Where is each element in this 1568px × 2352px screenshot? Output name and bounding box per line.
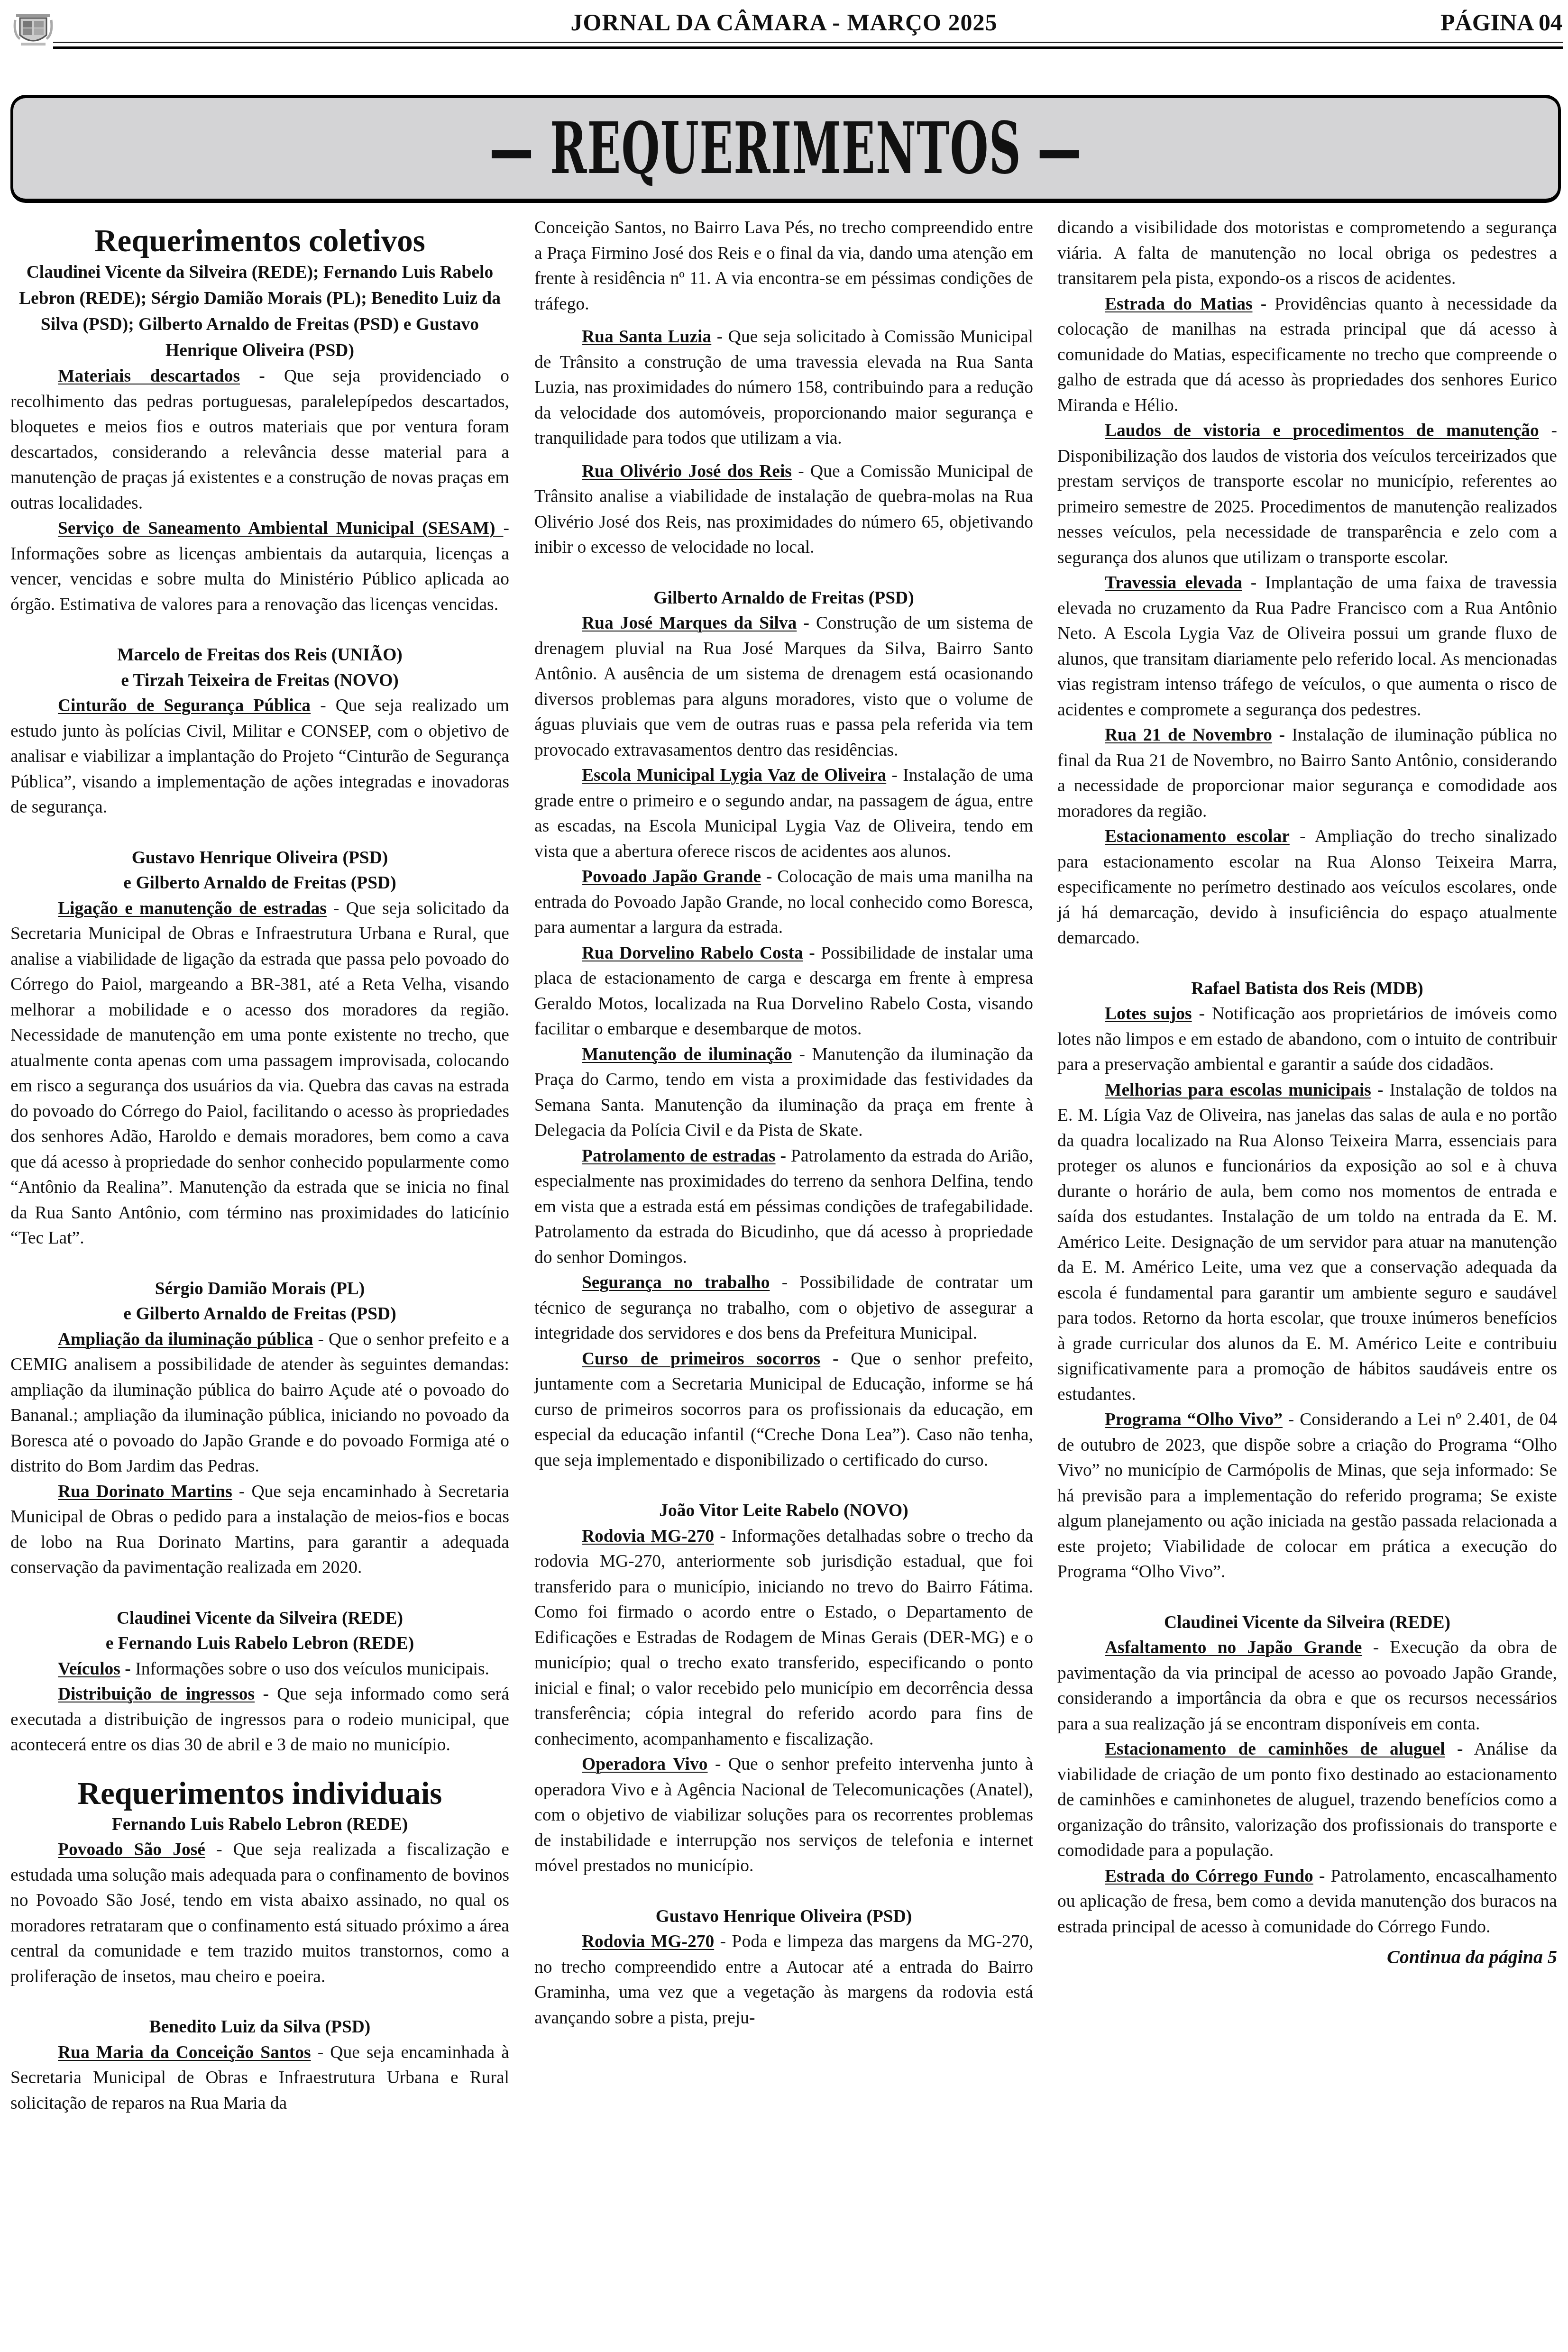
column-2: Conceição Santos, no Bairro Lava Pés, no… xyxy=(534,215,1033,2031)
header-rule xyxy=(53,42,1563,49)
author-heading: Claudinei Vicente da Silveira (REDE) xyxy=(10,1606,509,1631)
author-heading: Marcelo de Freitas dos Reis (UNIÃO) xyxy=(10,642,509,668)
newspaper-page: JORNAL DA CÂMARA - MARÇO 2025 PÁGINA 04 … xyxy=(0,0,1568,2352)
request-item: Ampliação da iluminação pública - Que o … xyxy=(10,1327,509,1479)
request-topic: Estacionamento escolar xyxy=(1105,827,1290,846)
author-heading: Rafael Batista dos Reis (MDB) xyxy=(1057,976,1557,1002)
request-item: Rua Olivério José dos Reis - Que a Comis… xyxy=(534,459,1033,560)
request-item: Povoado Japão Grande - Colocação de mais… xyxy=(534,864,1033,941)
section-banner: — REQUERIMENTOS — xyxy=(10,95,1561,203)
request-topic: Estrada do Matias xyxy=(1105,294,1252,314)
request-topic: Rodovia MG-270 xyxy=(582,1932,714,1951)
request-item: Curso de primeiros socorros - Que o senh… xyxy=(534,1346,1033,1473)
continued-text: Conceição Santos, no Bairro Lava Pés, no… xyxy=(534,215,1033,317)
request-item: Laudos de vistoria e procedimentos de ma… xyxy=(1057,418,1557,570)
request-item: Patrolamento de estradas - Patrolamento … xyxy=(534,1144,1033,1271)
request-item: Estrada do Matias - Providências quanto … xyxy=(1057,292,1557,419)
request-topic: Operadora Vivo xyxy=(582,1755,708,1774)
request-item: Escola Municipal Lygia Vaz de Oliveira -… xyxy=(534,763,1033,864)
request-item: Estacionamento de caminhões de aluguel -… xyxy=(1057,1737,1557,1864)
author-heading: Claudinei Vicente da Silveira (REDE) xyxy=(1057,1610,1557,1636)
request-item: Travessia elevada - Implantação de uma f… xyxy=(1057,570,1557,723)
request-topic: Serviço de Saneamento Ambiental Municipa… xyxy=(58,519,504,538)
request-topic: Ligação e manutenção de estradas xyxy=(58,899,327,918)
request-item: Cinturão de Segurança Pública - Que seja… xyxy=(10,693,509,820)
request-topic: Asfaltamento no Japão Grande xyxy=(1105,1638,1362,1657)
request-topic: Cinturão de Segurança Pública xyxy=(58,696,311,715)
request-topic: Laudos de vistoria e procedimentos de ma… xyxy=(1105,421,1539,440)
request-topic: Ampliação da iluminação pública xyxy=(58,1330,313,1349)
request-topic: Manutenção de iluminação xyxy=(582,1045,792,1064)
request-item: Veículos - Informações sobre o uso dos v… xyxy=(10,1656,509,1682)
request-topic: Programa “Olho Vivo” xyxy=(1105,1410,1283,1429)
request-item: Programa “Olho Vivo” - Considerando a Le… xyxy=(1057,1407,1557,1585)
request-topic: Povoado Japão Grande xyxy=(582,867,761,887)
request-item: Estacionamento escolar - Ampliação do tr… xyxy=(1057,824,1557,951)
continued-on-page-link[interactable]: Continua da página 5 xyxy=(1057,1944,1557,1970)
author-heading: Gustavo Henrique Oliveira (PSD) xyxy=(10,845,509,871)
section-title-coletivos: Requerimentos coletivos xyxy=(10,222,509,259)
continued-text: dicando a visibilidade dos motoristas e … xyxy=(1057,215,1557,292)
author-heading: e Gilberto Arnaldo de Freitas (PSD) xyxy=(10,870,509,896)
author-heading: e Gilberto Arnaldo de Freitas (PSD) xyxy=(10,1301,509,1327)
request-item: Rua Dorinato Martins - Que seja encaminh… xyxy=(10,1479,509,1581)
request-item: Distribuição de ingressos - Que seja inf… xyxy=(10,1682,509,1758)
request-item: Lotes sujos - Notificação aos proprietár… xyxy=(1057,1001,1557,1078)
masthead: JORNAL DA CÂMARA - MARÇO 2025 PÁGINA 04 xyxy=(0,9,1568,37)
request-topic: Rua José Marques da Silva xyxy=(582,613,797,633)
request-topic: Povoado São José xyxy=(58,1840,205,1859)
request-topic: Estrada do Córrego Fundo xyxy=(1105,1867,1313,1886)
request-item: Serviço de Saneamento Ambiental Municipa… xyxy=(10,516,509,617)
request-topic: Escola Municipal Lygia Vaz de Oliveira xyxy=(582,766,886,785)
request-item: Rua Maria da Conceição Santos - Que seja… xyxy=(10,2040,509,2116)
request-topic: Rua Maria da Conceição Santos xyxy=(58,2043,311,2062)
request-topic: Curso de primeiros socorros xyxy=(582,1349,820,1369)
column-1: Requerimentos coletivos Claudinei Vicent… xyxy=(10,216,509,2116)
request-item: Rua Santa Luzia - Que seja solicitado à … xyxy=(534,324,1033,451)
request-item: Povoado São José - Que seja realizada a … xyxy=(10,1837,509,1989)
banner-title: — REQUERIMENTOS — xyxy=(489,107,1082,190)
author-heading: Fernando Luis Rabelo Lebron (REDE) xyxy=(10,1812,509,1838)
newspaper-title: JORNAL DA CÂMARA - MARÇO 2025 xyxy=(0,9,1568,36)
request-topic: Patrolamento de estradas xyxy=(582,1146,776,1166)
request-item: Rodovia MG-270 - Poda e limpeza das marg… xyxy=(534,1929,1033,2031)
author-heading: Claudinei Vicente da Silveira (REDE); Fe… xyxy=(10,259,509,364)
author-heading: Sérgio Damião Morais (PL) xyxy=(10,1276,509,1302)
request-topic: Lotes sujos xyxy=(1105,1004,1192,1024)
author-heading: Benedito Luiz da Silva (PSD) xyxy=(10,2014,509,2040)
request-item: Asfaltamento no Japão Grande - Execução … xyxy=(1057,1635,1557,1737)
request-item: Manutenção de iluminação - Manutenção da… xyxy=(534,1042,1033,1144)
request-topic: Rodovia MG-270 xyxy=(582,1527,714,1546)
request-item: Rua Dorvelino Rabelo Costa - Possibilida… xyxy=(534,941,1033,1042)
page-number: PÁGINA 04 xyxy=(1440,9,1562,36)
section-title-individuais: Requerimentos individuais xyxy=(10,1775,509,1812)
request-item: Materiais descartados - Que seja provide… xyxy=(10,364,509,516)
request-topic: Melhorias para escolas municipais xyxy=(1105,1080,1371,1100)
request-item: Estrada do Córrego Fundo - Patrolamento,… xyxy=(1057,1864,1557,1940)
author-heading: João Vitor Leite Rabelo (NOVO) xyxy=(534,1498,1033,1524)
request-item: Segurança no trabalho - Possibilidade de… xyxy=(534,1270,1033,1346)
request-topic: Veículos xyxy=(58,1659,120,1679)
request-topic: Rua Olivério José dos Reis xyxy=(582,462,792,481)
request-item: Melhorias para escolas municipais - Inst… xyxy=(1057,1078,1557,1408)
request-topic: Rua Santa Luzia xyxy=(582,327,711,347)
request-item: Rua José Marques da Silva - Construção d… xyxy=(534,611,1033,763)
column-3: dicando a visibilidade dos motoristas e … xyxy=(1057,215,1557,1970)
request-topic: Materiais descartados xyxy=(58,366,240,386)
request-topic: Segurança no trabalho xyxy=(582,1273,770,1292)
author-heading: e Fernando Luis Rabelo Lebron (REDE) xyxy=(10,1631,509,1656)
author-heading: Gustavo Henrique Oliveira (PSD) xyxy=(534,1904,1033,1930)
request-item: Ligação e manutenção de estradas - Que s… xyxy=(10,896,509,1251)
author-heading: Gilberto Arnaldo de Freitas (PSD) xyxy=(534,586,1033,611)
request-item: Rodovia MG-270 - Informações detalhadas … xyxy=(534,1524,1033,1752)
request-topic: Distribuição de ingressos xyxy=(58,1684,255,1704)
author-heading: e Tirzah Teixeira de Freitas (NOVO) xyxy=(10,668,509,694)
request-topic: Rua Dorvelino Rabelo Costa xyxy=(582,943,803,963)
request-topic: Estacionamento de caminhões de aluguel xyxy=(1105,1739,1445,1759)
request-topic: Travessia elevada xyxy=(1105,573,1242,593)
request-topic: Rua 21 de Novembro xyxy=(1105,725,1272,745)
request-topic: Rua Dorinato Martins xyxy=(58,1482,232,1501)
request-item: Rua 21 de Novembro - Instalação de ilumi… xyxy=(1057,723,1557,824)
request-item: Operadora Vivo - Que o senhor prefeito i… xyxy=(534,1752,1033,1879)
